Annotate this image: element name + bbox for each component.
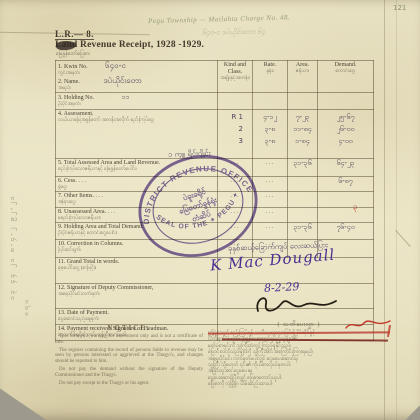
vertical-crease <box>384 0 385 420</box>
col-header-demand: Demand.တောင်းငွေ၊ <box>318 61 374 93</box>
col-header-kind: Kind and Class.အမျိုးနှင့်အတန်း၊ <box>218 61 253 93</box>
name-handwritten: ဒပဲယိုင်းတော <box>103 76 141 85</box>
paper-sheet: Pegu Township — Mailahta Charge No. 48. … <box>0 0 420 420</box>
total-revenue-handwritten: ၆၄-၂၃ <box>318 158 374 176</box>
form-title: Land Revenue Receipt, 1928 -1929. <box>55 40 204 50</box>
scanned-receipt-photo: Pegu Township — Mailahta Charge No. 48. … <box>0 0 420 420</box>
total-area-handwritten: ၃၁-၃၆ <box>288 158 318 176</box>
cell-demand-values: ၂၅-၆၇ ၂၆-၀၀ ၄-၀၀ <box>318 109 374 158</box>
top-pencil-annotation: Pegu Township — Mailahta Charge No. 48. <box>148 11 388 25</box>
form-code: L.R.— 8. <box>55 29 94 40</box>
cell-date-of-payment: 13. Date of Payment.ငွေဆောင်သည့်နေ့ရက်၊ <box>56 309 218 325</box>
cell-dc-signature: 12. Signature of Deputy Commissioner,အရေ… <box>56 284 218 309</box>
cess-handwritten: ၆-၈၇ <box>318 176 374 192</box>
headman-signature-scrawl <box>252 291 344 317</box>
total-demand-handwritten: ၇၆-၄၀ <box>318 223 374 240</box>
cell-area-values: ၇-၂၃ ၁၁-၈၄ ၁-၈၄ <box>288 109 318 158</box>
left-margin-note: ၁၃ ၄၄ ၂၁ ၈-၄-၂ ၉၂-၂၁ <box>8 130 20 300</box>
left-margin-note-2: ခရမ <box>22 236 34 316</box>
page-corner-number: 121 <box>393 4 406 12</box>
kwin-no-handwritten: ၆၄၀-င <box>105 61 126 70</box>
cell-holding-no: 3. Holding No. ၁၁ ဦးပိုင်အမှတ်၊ <box>56 93 218 110</box>
vertical-crease-2 <box>396 0 397 420</box>
form-title-burmese: မြေခွန်တော်ပြေစာ၊ <box>56 51 90 58</box>
top-pencil-annotation-2: ၆၄၀-င ဒပဲယိုင်းတော ၆၄ <box>202 25 382 38</box>
col-header-rate: Rate.နှုန်း၊ <box>253 61 288 93</box>
red-correction-mark: ၃ <box>353 201 358 213</box>
holding-no-handwritten: ၁၁ <box>122 93 130 101</box>
holding-area-handwritten: ၃၁-၃၆ <box>288 223 318 240</box>
cell-kwin-name: 1. Kwin No. ၆၄၀-င ကွင်းအမှတ်၊ 2. Name. ဒ… <box>56 61 218 93</box>
cell-payment-received: 14. Payment received. Signature of Headm… <box>56 325 218 341</box>
col-header-area: Area.ဧရိယာ၊ <box>288 61 318 93</box>
pencil-stroke <box>395 230 410 247</box>
red-scrawl <box>344 316 392 332</box>
